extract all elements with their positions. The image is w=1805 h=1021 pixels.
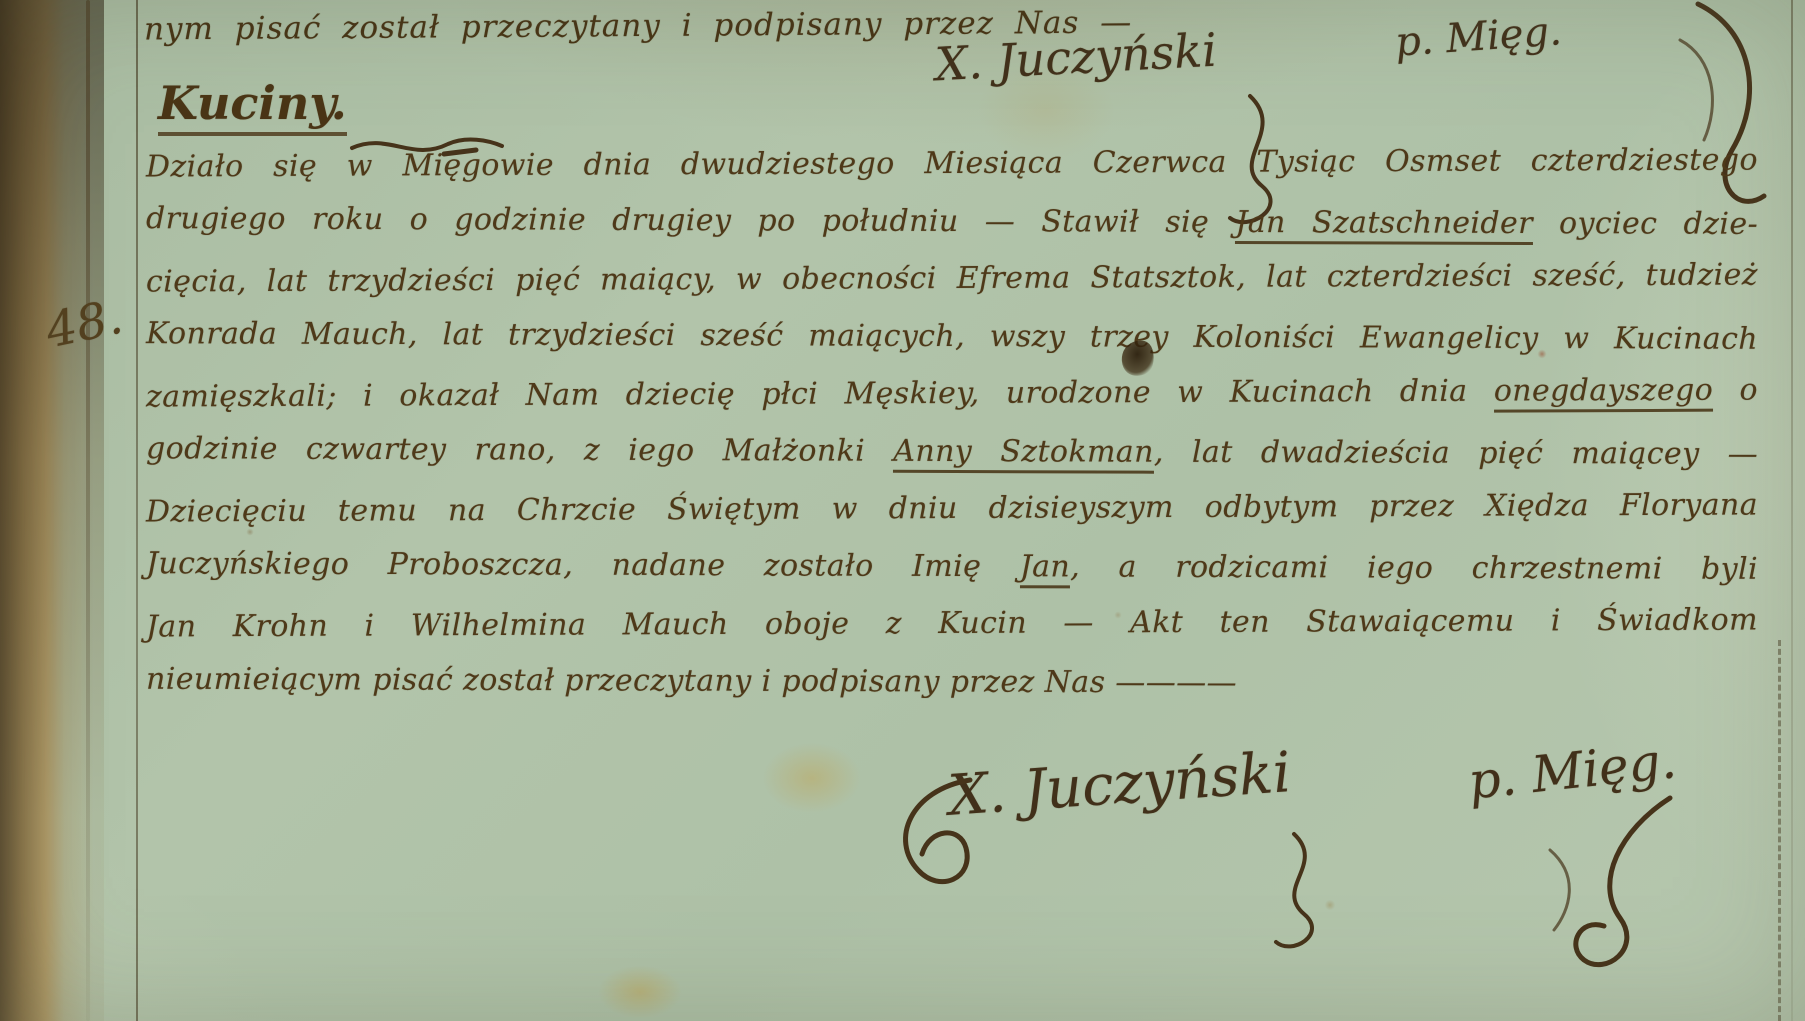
record-text-segment: Konrada Mauch, lat trzydzieści sześć mai… <box>146 316 1758 357</box>
record-heading-text: Kuciny. <box>158 76 347 136</box>
record-text-segment: Dziecięciu temu na Chrzcie Świętym w dni… <box>146 487 1758 529</box>
margin-rule-line <box>136 0 138 1021</box>
record-text-segment: Działo się w Mięgowie dnia dwudziestego … <box>146 142 1758 184</box>
record-line: Juczyńskiego Proboszcza, nadane zostało … <box>146 546 1758 609</box>
right-rule-line <box>1791 0 1793 1021</box>
bottom-abbrev-tail-flourish <box>1510 790 1710 1020</box>
record-line: zamięszkali; i okazał Nam dziecię płci M… <box>146 372 1758 437</box>
record-text-segment: nieumieiącym pisać został przeczytany i … <box>146 661 1237 700</box>
record-text-segment: cięcia, lat trzydzieści pięć maiący, w o… <box>146 257 1758 299</box>
right-dashed-rule <box>1778 640 1781 1021</box>
record-line: godzinie czwartey rano, z iego Małżonki … <box>146 431 1758 494</box>
binding-crease-line <box>86 0 90 1021</box>
record-text-segment: Juczyńskiego Proboszcza, nadane zostało … <box>146 546 1020 584</box>
record-line: drugiego roku o godzinie drugiey po połu… <box>146 201 1758 264</box>
bottom-signature-descender <box>1240 830 1350 960</box>
record-line: nieumieiącym pisać został przeczytany i … <box>146 661 1468 723</box>
underlined-name: Jan Szatschneider <box>1235 204 1533 244</box>
register-page: nym pisać został przeczytany i podpisany… <box>0 0 1805 1021</box>
underlined-name: Jan <box>1020 549 1071 588</box>
record-text-segment: drugiego roku o godzinie drugiey po połu… <box>146 201 1235 240</box>
record-text-segment: godzinie czwartey rano, z iego Małżonki <box>146 431 893 469</box>
officiant-signature: X. Juczyński <box>946 740 1293 829</box>
record-text-segment: oyciec dzie- <box>1533 206 1758 242</box>
previous-record-signature-abbrev: p. Mięg. <box>1394 8 1564 66</box>
underlined-name: Anny Sztokman <box>893 433 1154 473</box>
record-text-segment: zamięszkali; i okazał Nam dziecię płci M… <box>146 374 1494 415</box>
record-text-segment: o <box>1713 372 1758 407</box>
officiant-signature-abbrev: p. Mięg. <box>1466 731 1679 810</box>
record-line: cięcia, lat trzydzieści pięć maiący, w o… <box>146 257 1758 322</box>
record-line: Konrada Mauch, lat trzydzieści sześć mai… <box>146 316 1758 379</box>
record-line: Jan Krohn i Wilhelmina Mauch oboje z Kuc… <box>146 602 1758 667</box>
record-text-segment: , lat dwadzieścia pięć maiącey — <box>1154 434 1758 471</box>
record-line: Dziecięciu temu na Chrzcie Świętym w dni… <box>146 487 1758 552</box>
record-text-segment: Jan Krohn i Wilhelmina Mauch oboje z Kuc… <box>146 602 1758 644</box>
record-heading-place: Kuciny. <box>158 76 347 130</box>
record-text-segment: , a rodzicami iego chrzestnemi byli <box>1070 549 1758 586</box>
underlined-name: onegdayszego <box>1494 373 1714 413</box>
record-line: Działo się w Mięgowie dnia dwudziestego … <box>146 142 1758 207</box>
record-lines: Działo się w Mięgowie dnia dwudziestego … <box>146 146 1758 721</box>
